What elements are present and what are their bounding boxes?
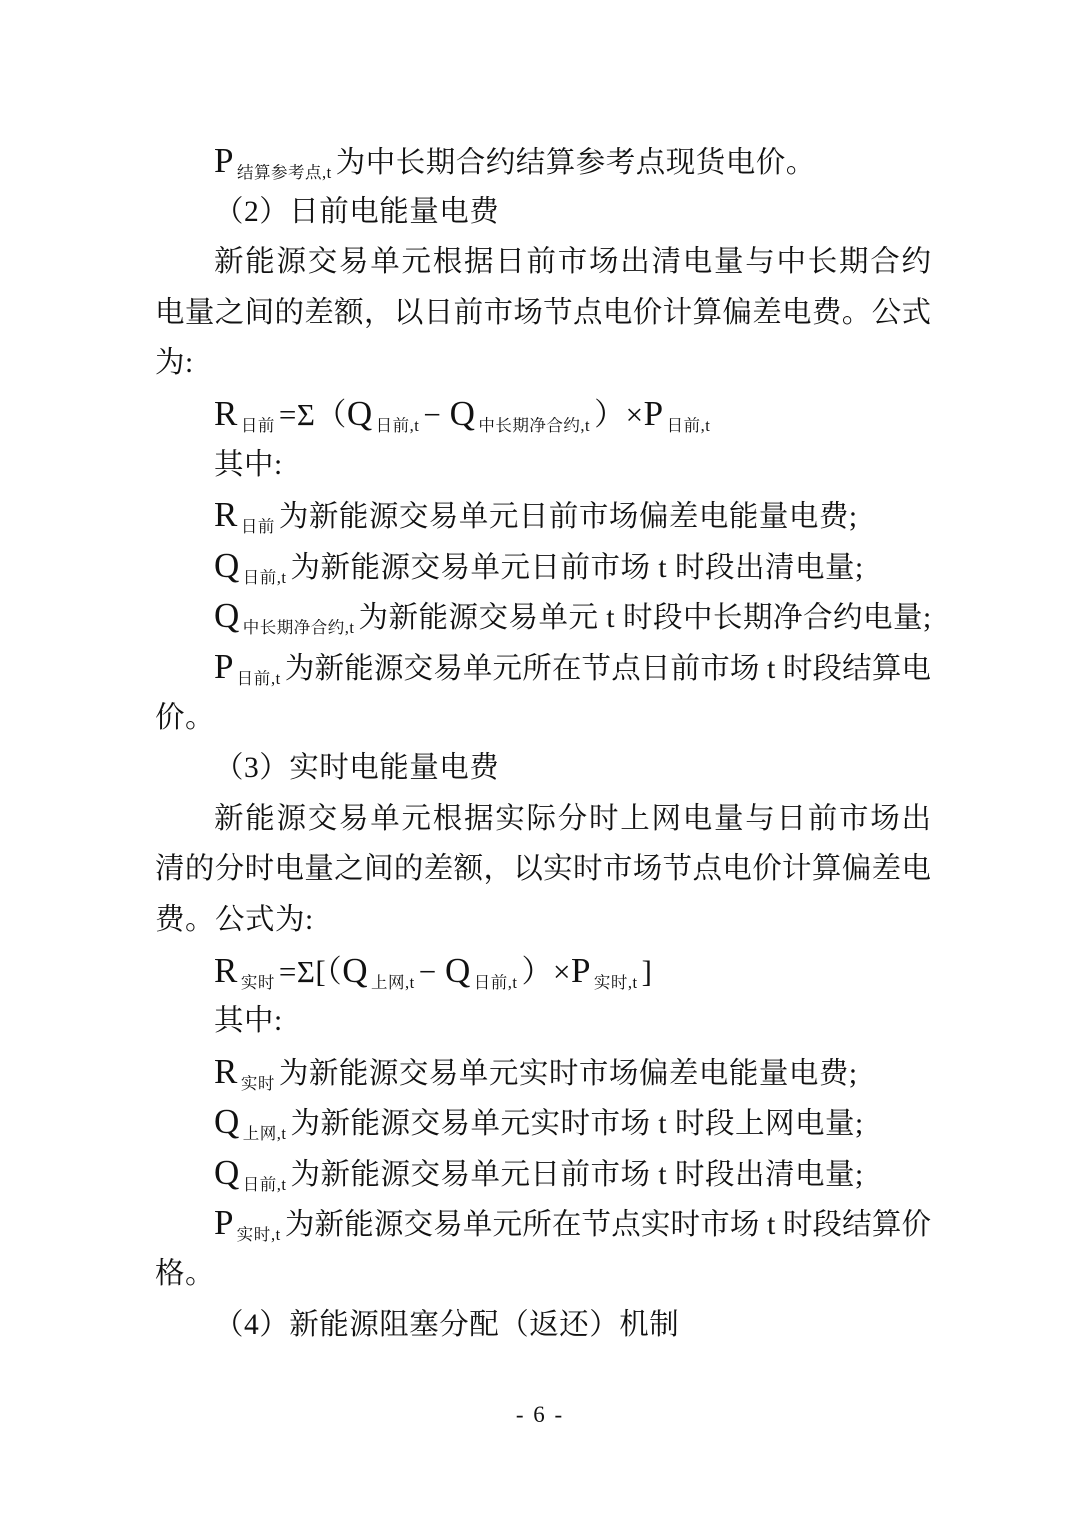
subscript-text: 日前,t <box>236 669 280 688</box>
text-segment: （4）新能源阻塞分配（返还）机制 <box>214 1309 679 1341</box>
formula-variable: Q <box>214 596 240 635</box>
subscript-text: 实时,t <box>236 1225 280 1244</box>
subscript-text: 实时 <box>241 1074 275 1093</box>
subscript-text: 日前 <box>241 517 275 536</box>
text-line: R实时为新能源交易单元实时市场偏差电能量电费; <box>155 1047 931 1098</box>
text-line: P日前,t为新能源交易单元所在节点日前市场 t 时段结算电 <box>155 642 931 693</box>
text-segment: 为新能源交易单元 t 时段中长期净合约电量; <box>359 602 932 634</box>
formula-variable: R <box>214 495 238 534</box>
text-segment: 为新能源交易单元日前市场 t 时段出清电量; <box>291 1159 864 1191</box>
text-line: （4）新能源阻塞分配（返还）机制 <box>155 1300 931 1351</box>
text-segment: 为新能源交易单元所在节点实时市场 t 时段结算价 <box>285 1209 931 1241</box>
text-line: （2）日前电能量电费 <box>155 187 931 238</box>
subscript-text: 中长期净合约,t <box>478 416 590 435</box>
text-line: 新能源交易单元根据实际分时上网电量与日前市场出 <box>155 794 931 845</box>
text-line: Q中长期净合约,t为新能源交易单元 t 时段中长期净合约电量; <box>155 591 931 642</box>
text-segment: 新能源交易单元根据日前市场出清电量与中长期合约 <box>214 246 931 278</box>
text-line: R实时=Σ[（Q上网,t− Q日前,t）×P实时,t] <box>155 946 931 997</box>
text-line: R日前=Σ（Q日前,t− Q中长期净合约,t）×P日前,t <box>155 389 931 440</box>
formula-variable: P <box>214 141 234 180</box>
formula-variable: Q <box>445 951 471 990</box>
text-line: 格。 <box>155 1249 931 1300</box>
text-line: P实时,t为新能源交易单元所在节点实时市场 t 时段结算价 <box>155 1198 931 1249</box>
formula-variable: P <box>571 951 591 990</box>
formula-variable: P <box>214 1203 233 1242</box>
subscript-text: 日前,t <box>243 1175 287 1194</box>
document-lines: P结算参考点,t为中长期合约结算参考点现货电价。（2）日前电能量电费新能源交易单… <box>155 136 931 1350</box>
subscript-text: 中长期净合约,t <box>243 618 355 637</box>
formula-variable: P <box>214 647 233 686</box>
subscript-text: 日前 <box>241 416 275 435</box>
subscript-text: 上网,t <box>243 1124 287 1143</box>
text-segment: 费。公式为: <box>155 904 314 936</box>
text-line: Q日前,t为新能源交易单元日前市场 t 时段出清电量; <box>155 1148 931 1199</box>
text-segment: 其中: <box>214 1005 283 1037</box>
subscript-text: 实时,t <box>594 973 638 992</box>
text-segment: 为中长期合约结算参考点现货电价。 <box>336 147 816 179</box>
formula-variable: Q <box>214 1102 240 1141</box>
formula-variable: R <box>214 394 238 433</box>
text-line: 费。公式为: <box>155 895 931 946</box>
text-segment: 电量之间的差额，以日前市场节点电价计算偏差电费。公式 <box>155 297 931 329</box>
text-line: （3）实时电能量电费 <box>155 743 931 794</box>
formula-variable: Q <box>342 951 368 990</box>
text-segment: （2）日前电能量电费 <box>214 196 499 228</box>
text-line: 其中: <box>155 996 931 1047</box>
text-line: 电量之间的差额，以日前市场节点电价计算偏差电费。公式 <box>155 288 931 339</box>
text-segment: 为新能源交易单元日前市场偏差电能量电费; <box>279 501 858 533</box>
text-line: 新能源交易单元根据日前市场出清电量与中长期合约 <box>155 237 931 288</box>
subscript-text: 日前,t <box>376 416 420 435</box>
formula-operator: ）× <box>594 397 643 432</box>
subscript-text: 日前,t <box>474 973 518 992</box>
text-line: Q日前,t为新能源交易单元日前市场 t 时段出清电量; <box>155 541 931 592</box>
formula-variable: R <box>214 951 238 990</box>
text-segment: 格。 <box>155 1258 215 1290</box>
text-segment: 新能源交易单元根据实际分时上网电量与日前市场出 <box>214 803 931 835</box>
subscript-text: 日前,t <box>243 568 287 587</box>
subscript-text: 日前,t <box>667 416 711 435</box>
formula-operator: − <box>423 397 449 432</box>
formula-operator: ] <box>642 954 653 989</box>
subscript-text: 实时 <box>241 973 275 992</box>
text-line: R日前为新能源交易单元日前市场偏差电能量电费; <box>155 490 931 541</box>
text-segment: 清的分时电量之间的差额，以实时市场节点电价计算偏差电 <box>155 853 931 885</box>
formula-operator: − <box>419 954 445 989</box>
formula-operator: =Σ[（ <box>279 954 342 989</box>
text-segment: 为新能源交易单元实时市场 t 时段上网电量; <box>291 1108 864 1140</box>
formula-variable: Q <box>450 394 476 433</box>
text-segment: 其中: <box>214 449 283 481</box>
formula-variable: Q <box>347 394 373 433</box>
text-line: P结算参考点,t为中长期合约结算参考点现货电价。 <box>155 136 931 187</box>
text-segment: 为新能源交易单元日前市场 t 时段出清电量; <box>291 552 864 584</box>
formula-operator: ）× <box>521 954 570 989</box>
formula-variable: R <box>214 1052 238 1091</box>
formula-operator: =Σ（ <box>279 397 347 432</box>
text-line: 清的分时电量之间的差额，以实时市场节点电价计算偏差电 <box>155 844 931 895</box>
document-page: P结算参考点,t为中长期合约结算参考点现货电价。（2）日前电能量电费新能源交易单… <box>0 0 1080 1527</box>
text-line: 价。 <box>155 693 931 744</box>
text-segment: 价。 <box>155 702 215 734</box>
formula-variable: P <box>644 394 664 433</box>
text-line: 其中: <box>155 440 931 491</box>
text-line: Q上网,t为新能源交易单元实时市场 t 时段上网电量; <box>155 1097 931 1148</box>
text-line: 为: <box>155 338 931 389</box>
page-number: - 6 - <box>0 1402 1080 1428</box>
text-segment: （3）实时电能量电费 <box>214 752 499 784</box>
text-segment: 为新能源交易单元实时市场偏差电能量电费; <box>279 1058 858 1090</box>
subscript-text: 上网,t <box>371 973 415 992</box>
text-segment: 为: <box>155 347 194 379</box>
formula-variable: Q <box>214 1153 240 1192</box>
text-segment: 为新能源交易单元所在节点日前市场 t 时段结算电 <box>285 653 931 685</box>
subscript-text: 结算参考点,t <box>237 163 332 182</box>
formula-variable: Q <box>214 546 240 585</box>
